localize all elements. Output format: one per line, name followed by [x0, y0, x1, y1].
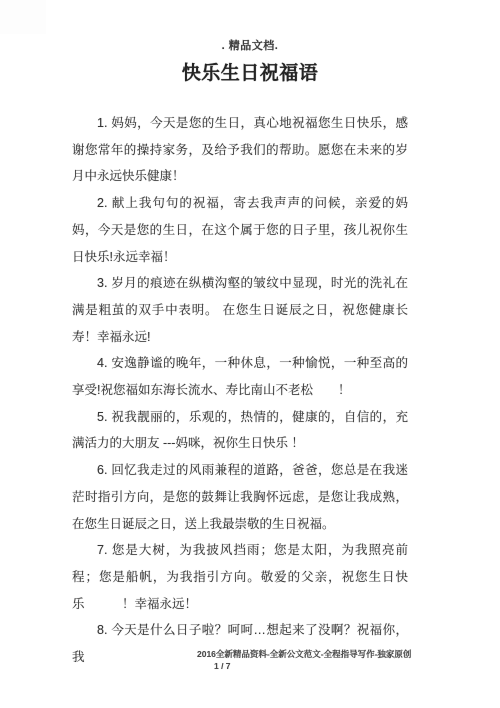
document-page: . 精品文档. 快乐生日祝福语 1. 妈妈，今天是您的生日，真心地祝福您生日快乐… [0, 0, 500, 708]
header-note: . 精品文档. [0, 37, 500, 53]
paragraph-4: 4. 安逸静谧的晚年，一种休息，一种愉悦，一种至高的享受!祝您福如东海长流水、寿… [72, 350, 408, 403]
paragraph-6: 6. 回忆我走过的风雨兼程的道路，爸爸，您总是在我迷茫时指引方向，是您的鼓舞让我… [72, 457, 408, 537]
paragraph-5: 5. 祝我靓丽的，乐观的，热情的，健康的，自信的，充满活力的大朋友 ---妈咪，… [72, 404, 408, 457]
paragraph-2: 2. 献上我句句的祝福，寄去我声声的问候，亲爱的妈妈，今天是您的生日，在这个属于… [72, 190, 408, 270]
paragraph-7: 7. 您是大树，为我披风挡雨；您是太阳，为我照亮前程；您是船帆，为我指引方向。敬… [72, 537, 408, 617]
paragraph-3: 3. 岁月的痕迹在纵横沟壑的皱纹中显现，时光的洗礼在满是粗茧的双手中表明。 在您… [72, 270, 408, 350]
paragraph-1: 1. 妈妈，今天是您的生日，真心地祝福您生日快乐，感谢您常年的操持家务，及给予我… [72, 110, 408, 190]
page-number: 1 / 7 [197, 660, 415, 672]
footer-note: 2016全新精品资料-全新公文范文-全程指导写作-独家原创 [197, 648, 415, 660]
document-title: 快乐生日祝福语 [0, 58, 500, 85]
scan-corner-artifact [0, 0, 46, 34]
document-body: 1. 妈妈，今天是您的生日，真心地祝福您生日快乐，感谢您常年的操持家务，及给予我… [72, 110, 408, 671]
page-footer: 2016全新精品资料-全新公文范文-全程指导写作-独家原创 1 / 7 [197, 648, 415, 672]
